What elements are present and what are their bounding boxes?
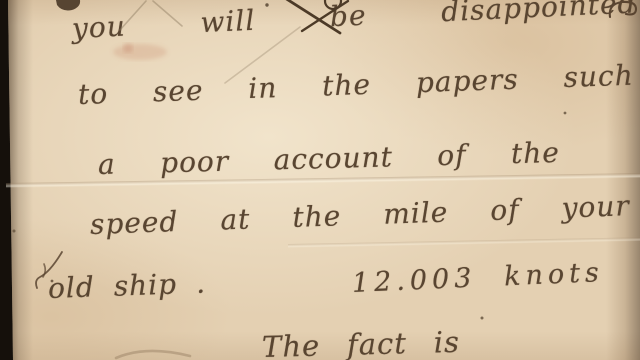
letter-paper (0, 0, 640, 360)
handwritten-line-5-left: old ship . (47, 266, 206, 304)
paper-left-edge-shadow (7, 0, 33, 360)
handwritten-line-6: The fact is (262, 325, 461, 360)
paper-right-edge-shadow (606, 0, 640, 360)
letter-photo: you will be disappointed to see in the p… (0, 0, 640, 360)
